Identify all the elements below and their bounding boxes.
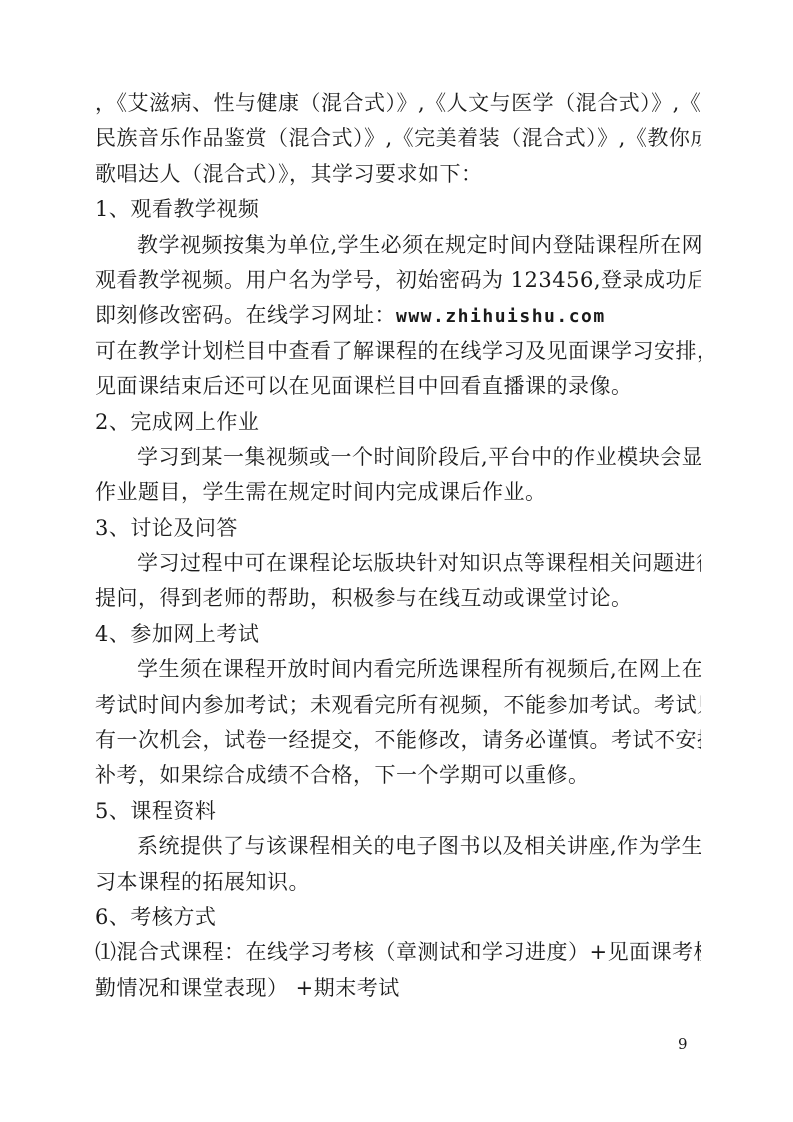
text-line: 可在教学计划栏目中查看了解课程的在线学习及见面课学习安排， <box>95 334 701 369</box>
document-body: ，《艾滋病、性与健康（混合式）》,《人文与医学（混合式）》,《中国 民族音乐作品… <box>95 86 701 1006</box>
text-line: 学习到某一集视频或一个时间阶段后,平台中的作业模块会显示 <box>95 440 701 475</box>
text-line: 学习过程中可在课程论坛版块针对知识点等课程相关问题进行 <box>95 546 701 581</box>
section-heading-4: 4、参加网上考试 <box>95 617 701 652</box>
section-heading-5: 5、课程资料 <box>95 794 701 829</box>
section-heading-3: 3、讨论及问答 <box>95 511 701 546</box>
text-line: 提问，得到老师的帮助，积极参与在线互动或课堂讨论。 <box>95 581 701 616</box>
section-heading-1: 1、观看教学视频 <box>95 192 701 227</box>
text-line: 民族音乐作品鉴赏（混合式）》,《完美着装（混合式）》,《教你成为 <box>95 121 701 156</box>
text-line: 学生须在课程开放时间内看完所选课程所有视频后,在网上在线 <box>95 652 701 687</box>
text-line: 见面课结束后还可以在见面课栏目中回看直播课的录像。 <box>95 369 701 404</box>
text-line: 作业题目，学生需在规定时间内完成课后作业。 <box>95 475 701 510</box>
course-website-url: www.zhihuishu.com <box>396 306 606 327</box>
section-heading-6: 6、考核方式 <box>95 900 701 935</box>
text-line: 即刻修改密码。在线学习网址：www.zhihuishu.com <box>95 298 701 333</box>
text-line: 考试时间内参加考试；未观看完所有视频，不能参加考试。考试只 <box>95 688 701 723</box>
text-line: 观看教学视频。用户名为学号，初始密码为 123456,登录成功后请 <box>95 263 701 298</box>
text-line: 教学视频按集为单位,学生必须在规定时间内登陆课程所在网站 <box>95 228 701 263</box>
url-label: 即刻修改密码。在线学习网址： <box>95 303 396 327</box>
document-page: ，《艾滋病、性与健康（混合式）》,《人文与医学（混合式）》,《中国 民族音乐作品… <box>0 0 793 1122</box>
text-line: 勤情况和课堂表现） +期末考试 <box>95 971 701 1006</box>
text-line: 补考，如果综合成绩不合格，下一个学期可以重修。 <box>95 758 701 793</box>
text-line: ，《艾滋病、性与健康（混合式）》,《人文与医学（混合式）》,《中国 <box>95 86 701 121</box>
text-line: 系统提供了与该课程相关的电子图书以及相关讲座,作为学生学 <box>95 829 701 864</box>
section-heading-2: 2、完成网上作业 <box>95 405 701 440</box>
text-line: 有一次机会，试卷一经提交，不能修改，请务必谨慎。考试不安排 <box>95 723 701 758</box>
text-line: 歌唱达人（混合式）》，其学习要求如下： <box>95 157 701 192</box>
text-line: ⑴混合式课程：在线学习考核（章测试和学习进度）+见面课考核（出 <box>95 935 701 970</box>
text-line: 习本课程的拓展知识。 <box>95 865 701 900</box>
page-number: 9 <box>678 1034 688 1054</box>
